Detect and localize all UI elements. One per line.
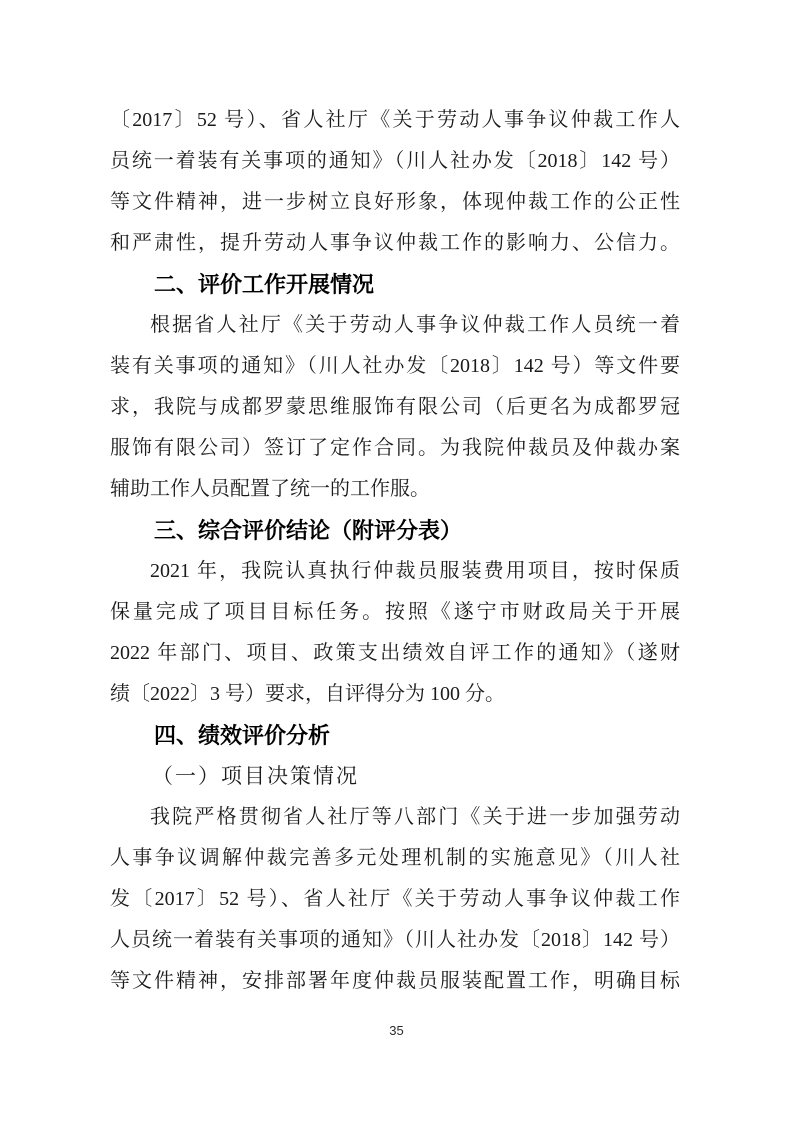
- text-line: 根据省人社厅《关于劳动人事争议仲裁工作人员统一着: [110, 305, 680, 346]
- text-line: 等文件精神，进一步树立良好形象，体现仲裁工作的公正性: [110, 182, 680, 223]
- text-line: 等文件精神，安排部署年度仲裁员服装配置工作，明确目标: [110, 961, 680, 1002]
- page-number: 35: [0, 1023, 793, 1038]
- section-heading: 四、绩效评价分析: [110, 715, 680, 756]
- document-body: 〔2017〕52 号）、省人社厅《关于劳动人事争议仲裁工作人员统一着装有关事项的…: [110, 100, 680, 1002]
- text-line: 辅助工作人员配置了统一的工作服。: [110, 469, 680, 510]
- text-line: 保量完成了项目目标任务。按照《遂宁市财政局关于开展: [110, 592, 680, 633]
- text-line: 2022 年部门、项目、政策支出绩效自评工作的通知》（遂财: [110, 633, 680, 674]
- text-line: 装有关事项的通知》（川人社办发〔2018〕142 号）等文件要: [110, 346, 680, 387]
- document-page: 〔2017〕52 号）、省人社厅《关于劳动人事争议仲裁工作人员统一着装有关事项的…: [0, 0, 793, 1122]
- text-line: 人员统一着装有关事项的通知》（川人社办发〔2018〕142 号）: [110, 920, 680, 961]
- text-line: 2021 年，我院认真执行仲裁员服装费用项目，按时保质: [110, 551, 680, 592]
- text-line: 〔2017〕52 号）、省人社厅《关于劳动人事争议仲裁工作人: [110, 100, 680, 141]
- text-line: 服饰有限公司）签订了定作合同。为我院仲裁员及仲裁办案: [110, 428, 680, 469]
- text-line: 发〔2017〕52 号）、省人社厅《关于劳动人事争议仲裁工作: [110, 879, 680, 920]
- text-line: 人事争议调解仲裁完善多元处理机制的实施意见》（川人社: [110, 838, 680, 879]
- text-line: 和严肃性，提升劳动人事争议仲裁工作的影响力、公信力。: [110, 223, 680, 264]
- text-line: 员统一着装有关事项的通知》（川人社办发〔2018〕142 号）: [110, 141, 680, 182]
- subsection-heading: （一）项目决策情况: [110, 756, 680, 797]
- text-line: 绩〔2022〕3 号）要求，自评得分为 100 分。: [110, 674, 680, 715]
- section-heading: 三、综合评价结论（附评分表）: [110, 510, 680, 551]
- text-line: 我院严格贯彻省人社厅等八部门《关于进一步加强劳动: [110, 797, 680, 838]
- text-line: 求，我院与成都罗蒙思维服饰有限公司（后更名为成都罗冠: [110, 387, 680, 428]
- section-heading: 二、评价工作开展情况: [110, 264, 680, 305]
